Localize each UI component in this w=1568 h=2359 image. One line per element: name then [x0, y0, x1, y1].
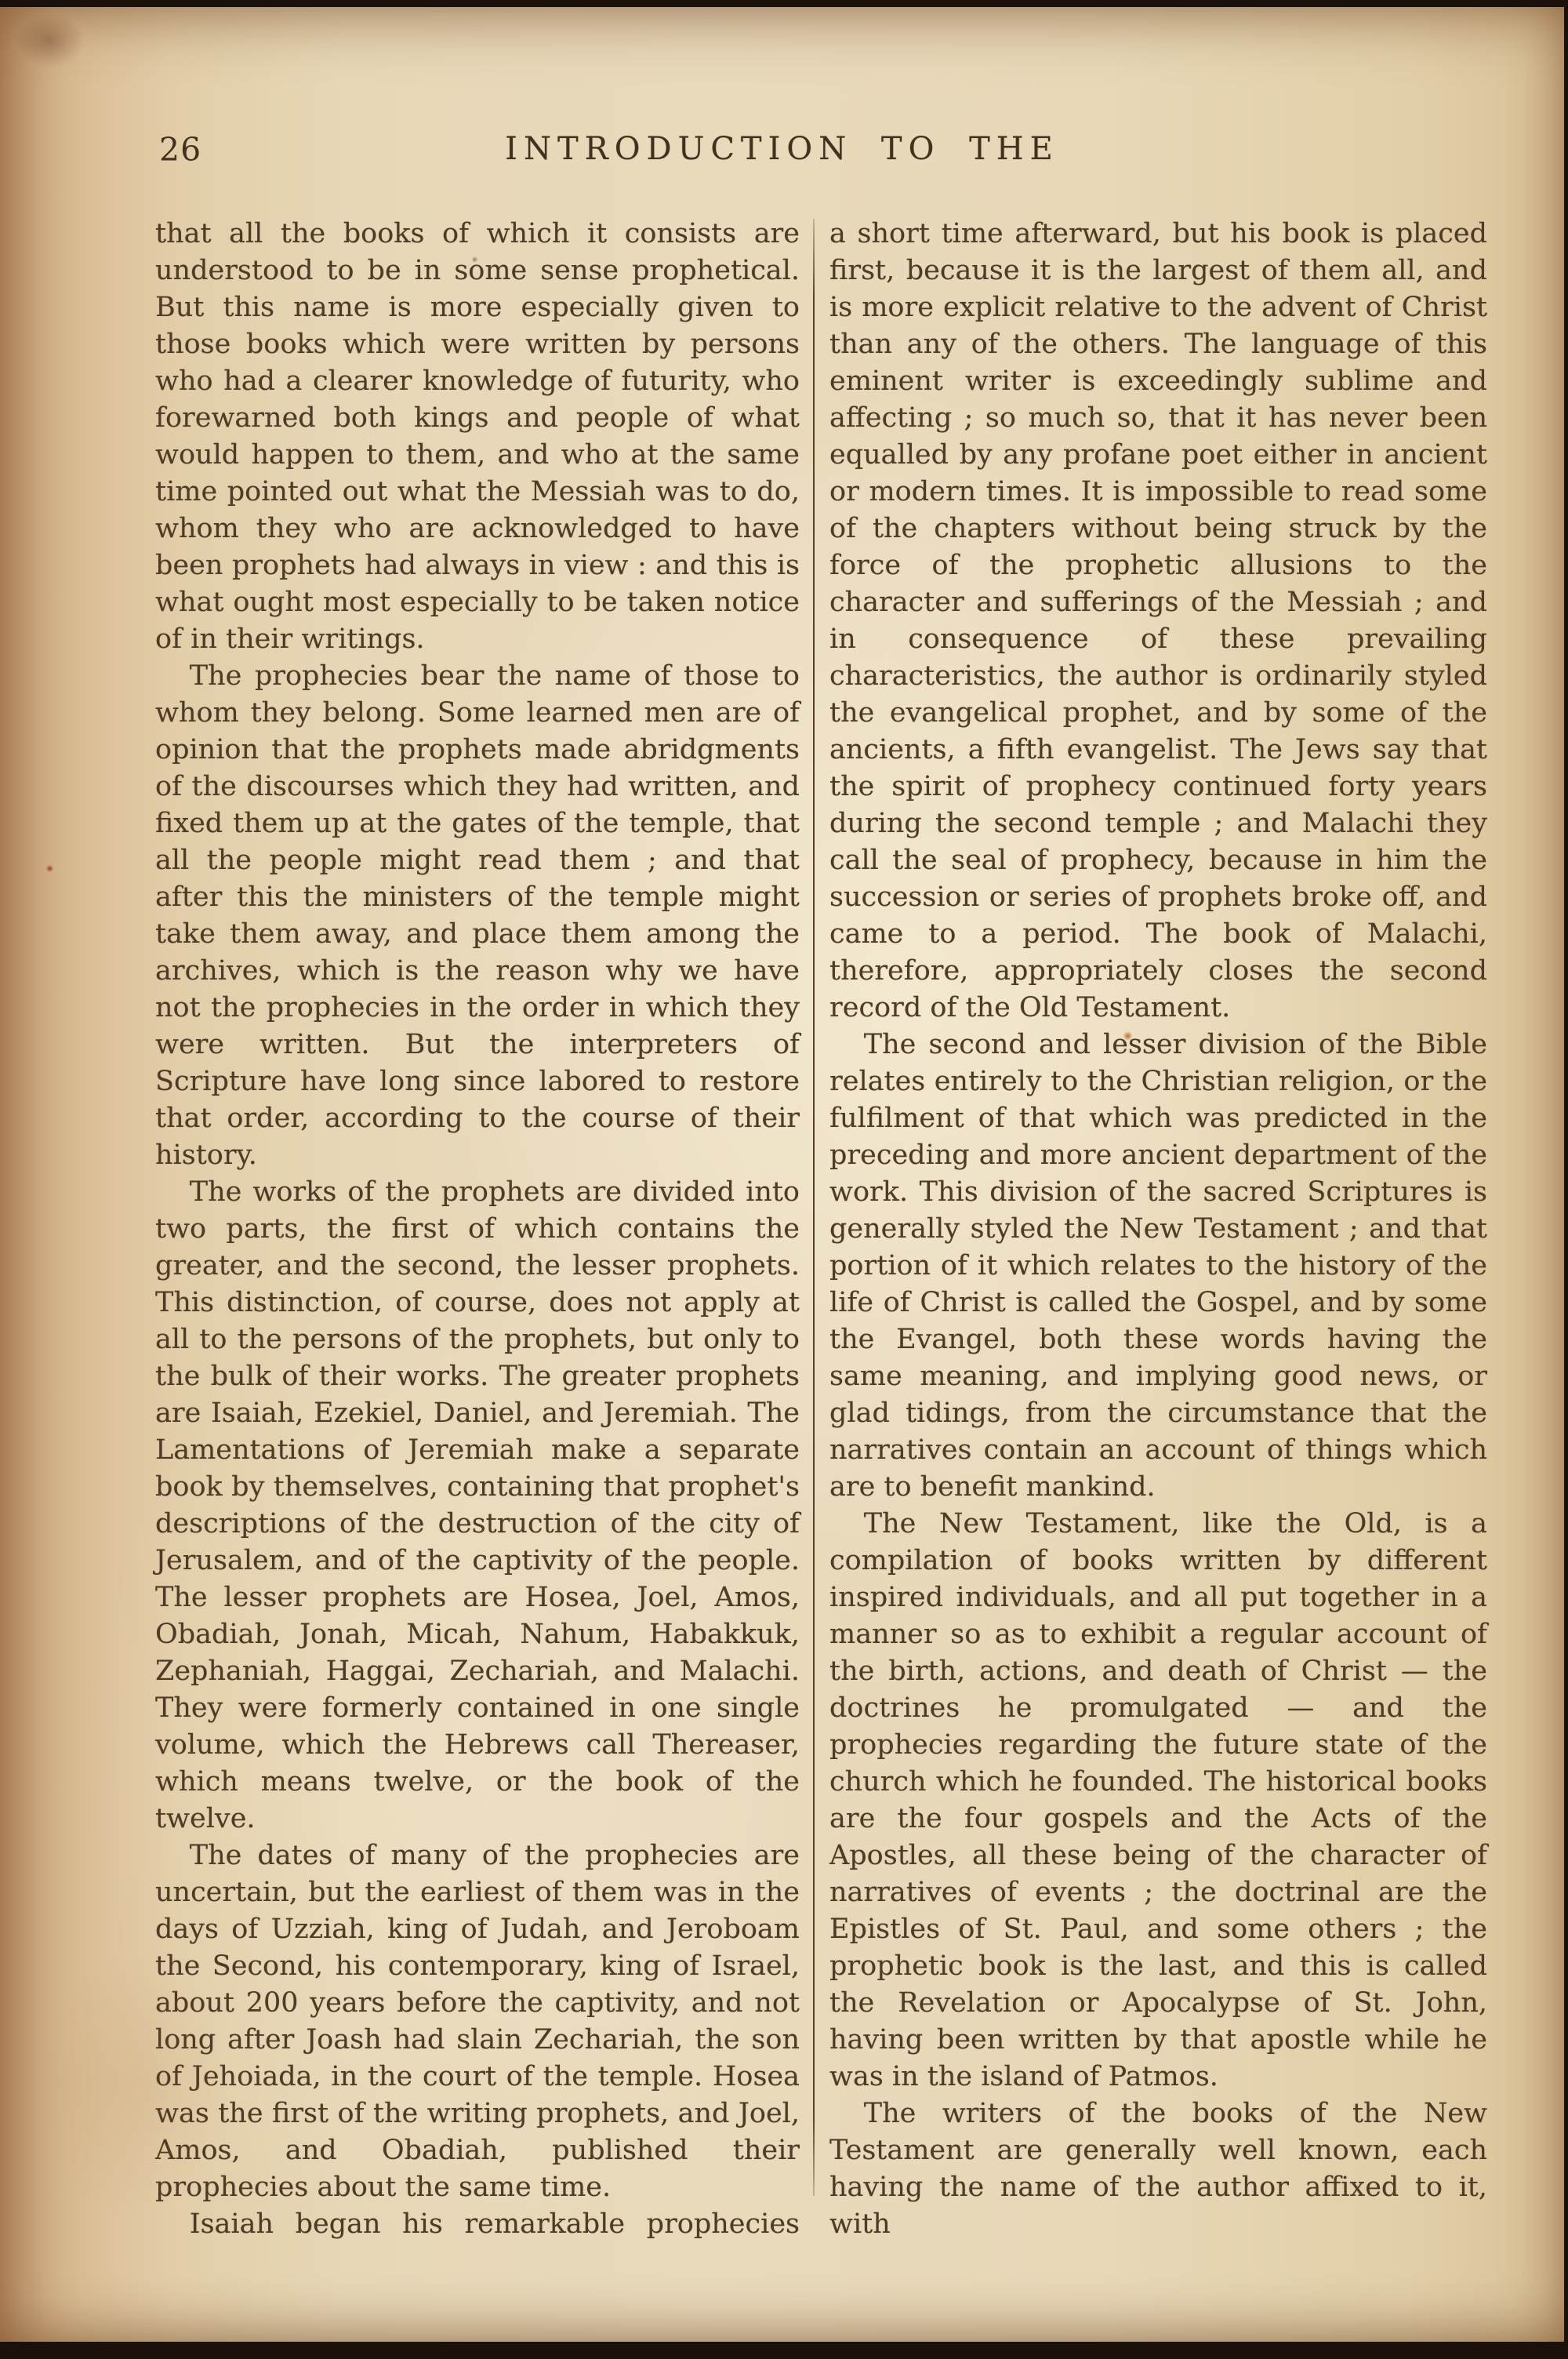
- paragraph: The New Testament, like the Old, is a co…: [829, 1506, 1487, 2095]
- paragraph: that all the books of which it consists …: [155, 216, 800, 658]
- paragraph: The dates of many of the prophecies are …: [155, 1837, 800, 2206]
- running-head: 26 INTRODUCTION TO THE: [0, 131, 1564, 172]
- book-page: 26 INTRODUCTION TO THE that all the book…: [0, 7, 1564, 2342]
- paragraph: The second and lesser division of the Bi…: [829, 1027, 1487, 1506]
- running-header-title: INTRODUCTION TO THE: [0, 131, 1564, 167]
- column-divider-rule: [813, 219, 815, 2196]
- left-column: that all the books of which it consists …: [155, 216, 800, 2243]
- paragraph: The works of the prophets are divided in…: [155, 1174, 800, 1837]
- text-columns: that all the books of which it consists …: [155, 216, 1487, 2243]
- paragraph: Isaiah began his remarkable prophecies: [155, 2206, 800, 2243]
- right-column: a short time afterward, but his book is …: [829, 216, 1487, 2243]
- paper-stain: [14, 13, 85, 68]
- paragraph: The writers of the books of the New Test…: [829, 2095, 1487, 2243]
- paragraph: The prophecies bear the name of those to…: [155, 658, 800, 1174]
- paper-stain: [45, 865, 54, 872]
- paragraph: a short time afterward, but his book is …: [829, 216, 1487, 1027]
